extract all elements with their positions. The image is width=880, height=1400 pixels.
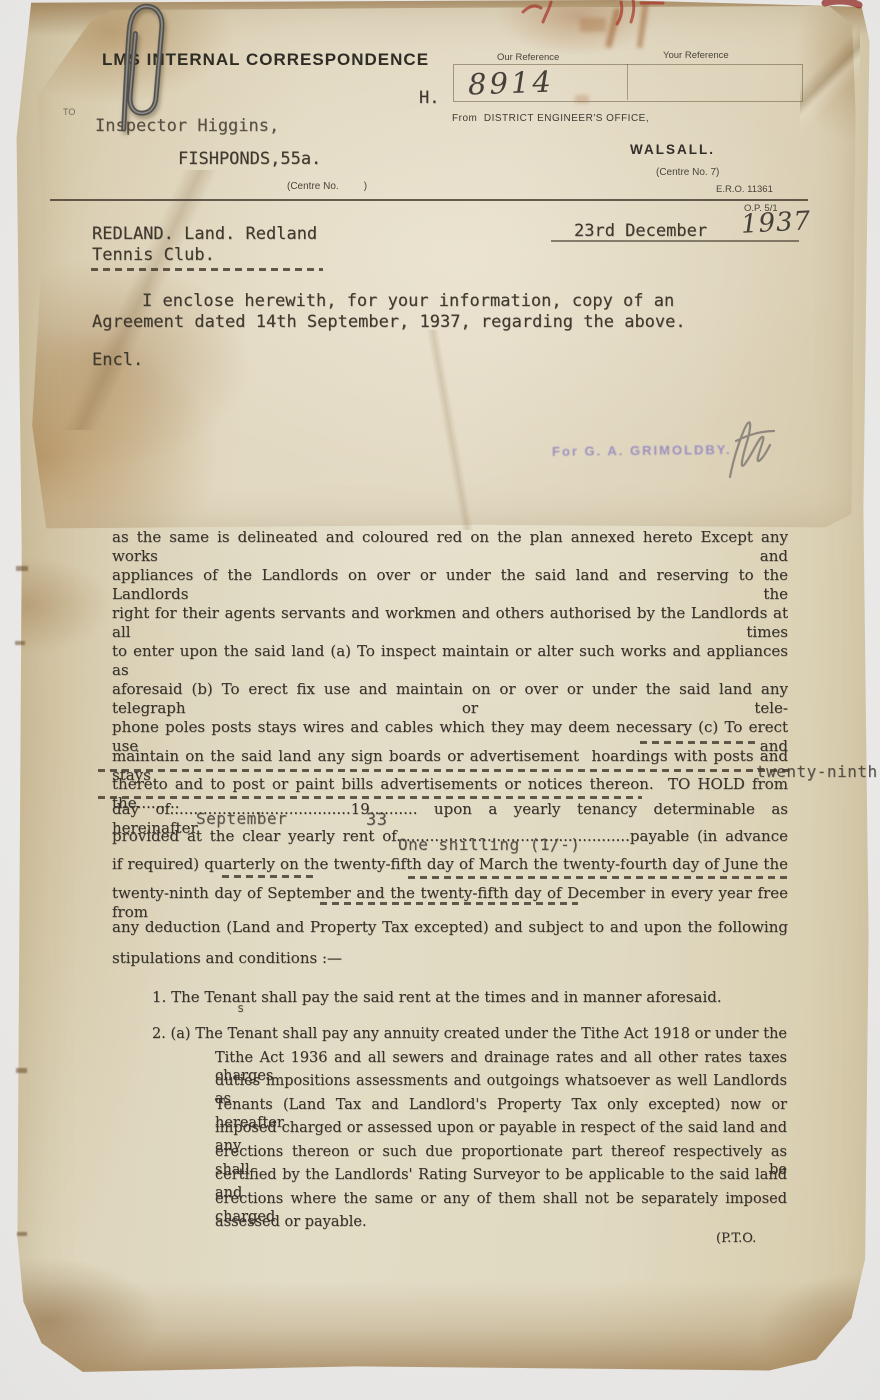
typed-insert-rent: One shilling (1/-) <box>398 835 580 854</box>
our-reference-label: Our Reference <box>497 52 559 63</box>
typed-correction: s <box>237 1001 245 1015</box>
subject-underline <box>91 268 323 271</box>
subject-line-1: REDLAND. Land. Redland <box>92 224 317 244</box>
scanned-document-photo: { "slip": { "form_title": "LMS INTERNAL … <box>0 0 880 1400</box>
clause-1: 1. The Tenant shall pay the said rent at… <box>152 988 792 1007</box>
paperclip <box>99 0 180 138</box>
deed-line: aforesaid (b) To erect fix use and maint… <box>112 680 788 718</box>
office-centre-no: (Centre No. 7) <box>656 167 719 178</box>
deed-line: any deduction (Land and Property Tax exc… <box>112 918 788 937</box>
edge-stain <box>17 1232 27 1236</box>
typed-insert-year: 33 <box>366 810 387 830</box>
red-ink-marks <box>505 0 875 26</box>
body-line-2: Agreement dated 14th September, 1937, re… <box>92 312 686 332</box>
deed-line: appliances of the Landlords on over or u… <box>112 566 788 604</box>
recipient-location: FISHPONDS,55a. <box>178 149 321 169</box>
typed-underline <box>222 875 318 878</box>
date-rule <box>551 240 799 242</box>
rust-mark <box>575 95 589 103</box>
typed-underline <box>640 741 760 744</box>
deed-line: stipulations and conditions :— <box>112 949 788 968</box>
from-office-line: From DISTRICT ENGINEER'S OFFICE, <box>452 113 649 124</box>
pto-note: (P.T.O. <box>716 1231 836 1247</box>
subject-line-2: Tennis Club. <box>92 245 215 265</box>
reference-prefix: H. <box>419 88 439 108</box>
clause-2-line: assessed or payable. <box>215 1213 787 1231</box>
date-typed: 23rd December <box>574 221 707 241</box>
body-line-1: I enclose herewith, for your information… <box>142 291 674 311</box>
typed-underline <box>98 769 794 772</box>
to-label: TO <box>63 107 75 117</box>
deed-line: right for their agents servants and work… <box>112 604 788 642</box>
office-location: WALSALL. <box>630 142 715 157</box>
deed-line: if required) quarterly on the twenty-fif… <box>112 855 788 874</box>
enclosure-note: Encl. <box>92 350 143 370</box>
deed-line: to enter upon the said land (a) To inspe… <box>112 642 788 680</box>
reference-box <box>453 64 803 102</box>
ero-code: E.R.O. 11361 <box>716 184 773 195</box>
edge-stain <box>16 1068 27 1073</box>
typed-underline <box>320 902 578 905</box>
signature <box>700 415 790 485</box>
reference-box-divider <box>627 64 628 100</box>
centre-no-blank: (Centre No. ) <box>287 181 367 192</box>
your-reference-label: Your Reference <box>663 50 729 61</box>
clause-2-line: 2. (a) The Tenant shall pay any annuity … <box>152 1025 787 1043</box>
date-year-handwritten: 1937 <box>740 206 812 240</box>
typed-insert-month: September <box>196 809 287 828</box>
header-rule <box>50 199 808 201</box>
typed-underline <box>98 796 642 799</box>
edge-stain <box>15 641 25 645</box>
typed-underline <box>408 876 792 879</box>
edge-stain <box>16 566 28 571</box>
